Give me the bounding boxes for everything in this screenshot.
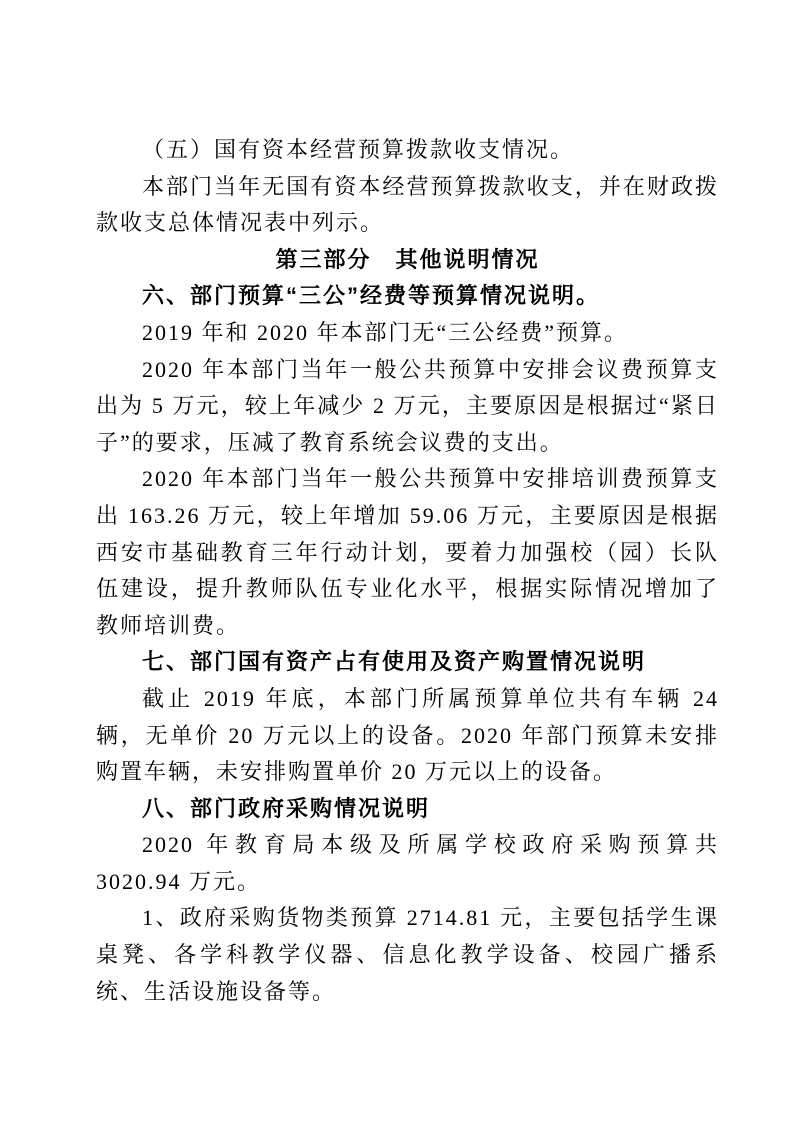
para-vehicles-and-equipment: 截止 2019 年底，本部门所属预算单位共有车辆 24 辆，无单价 20 万元以… — [96, 681, 719, 791]
para-meeting-fee-budget: 2020 年本部门当年一般公共预算中安排会议费预算支出为 5 万元，较上年减少 … — [96, 352, 719, 462]
heading-section-seven-state-assets: 七、部门国有资产占有使用及资产购置情况说明 — [96, 644, 719, 681]
para-state-capital-budget-body: 本部门当年无国有资本经营预算拨款收支，并在财政拨款收支总体情况表中列示。 — [96, 169, 719, 242]
heading-part-three-title: 第三部分 其他说明情况 — [96, 242, 719, 279]
para-procurement-total-budget: 2020 年教育局本级及所属学校政府采购预算共 3020.94 万元。 — [96, 827, 719, 900]
para-no-three-public-funds-budget: 2019 年和 2020 年本部门无“三公经费”预算。 — [96, 315, 719, 352]
para-state-capital-budget-heading: （五）国有资本经营预算拨款收支情况。 — [96, 132, 719, 169]
heading-section-six-three-public-funds: 六、部门预算“三公”经费等预算情况说明。 — [96, 278, 719, 315]
document-page: （五）国有资本经营预算拨款收支情况。 本部门当年无国有资本经营预算拨款收支，并在… — [0, 0, 793, 1122]
para-training-fee-budget: 2020 年本部门当年一般公共预算中安排培训费预算支出 163.26 万元，较上… — [96, 461, 719, 644]
heading-section-eight-government-procurement: 八、部门政府采购情况说明 — [96, 791, 719, 828]
para-procurement-goods-category: 1、政府采购货物类预算 2714.81 元，主要包括学生课桌凳、各学科教学仪器、… — [96, 900, 719, 1010]
